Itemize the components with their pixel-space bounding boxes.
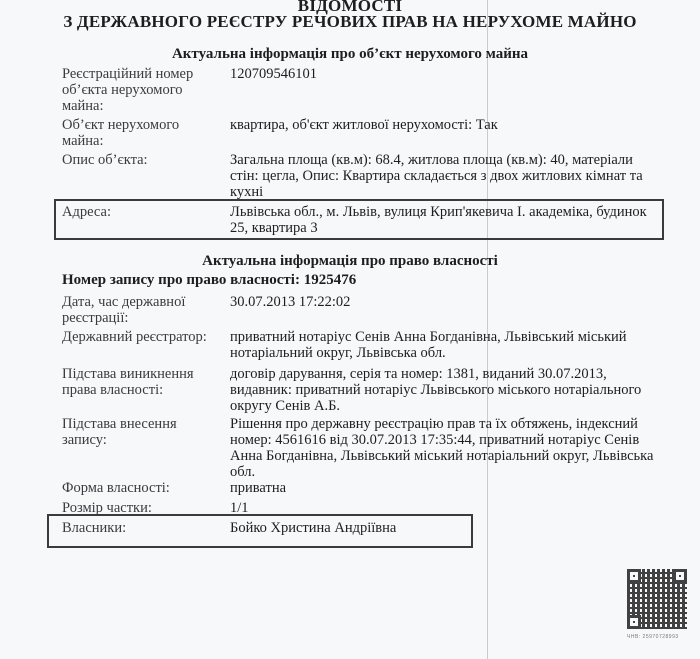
field-label: Об’єкт нерухомого майна:: [62, 117, 222, 149]
ownership-row-owners: Власники: Бойко Христина Андріївна: [62, 520, 662, 538]
field-value: Бойко Христина Андріївна: [230, 520, 660, 536]
field-value: договір дарування, серія та номер: 1381,…: [230, 366, 660, 414]
document-subtitle: З ДЕРЖАВНОГО РЕЄСТРУ РЕЧОВИХ ПРАВ НА НЕР…: [0, 12, 700, 32]
ownership-row-ownership-basis: Підстава виникнення права власності: дог…: [62, 366, 662, 414]
field-label: Дата, час державної реєстрації:: [62, 294, 222, 326]
field-value: приватна: [230, 480, 660, 496]
ownership-record-number: Номер запису про право власності: 192547…: [62, 272, 356, 289]
qr-finder-pattern: [627, 569, 641, 583]
ownership-row-registrar: Державний реєстратор: приватний нотаріус…: [62, 329, 662, 363]
qr-code-icon: [627, 569, 687, 629]
property-section-heading: Актуальна інформація про об’єкт нерухомо…: [0, 46, 700, 63]
property-row-description: Опис об’єкта: Загальна площа (кв.м): 68.…: [62, 152, 662, 200]
field-value: 30.07.2013 17:22:02: [230, 294, 660, 310]
field-value: приватний нотаріус Сенів Анна Богданівна…: [230, 329, 660, 361]
field-label: Державний реєстратор:: [62, 329, 222, 345]
property-row-registration-number: Реєстраційний номер об’єкта нерухомого м…: [62, 66, 662, 116]
field-label: Підстава виникнення права власності:: [62, 366, 222, 398]
property-row-object: Об’єкт нерухомого майна: квартира, об'єк…: [62, 117, 662, 151]
field-value: Рішення про державну реєстрацію прав та …: [230, 416, 660, 480]
property-row-address: Адреса: Львівська обл., м. Львів, вулиця…: [62, 204, 662, 236]
ownership-section-heading: Актуальна інформація про право власності: [0, 253, 700, 270]
ownership-row-registration-date: Дата, час державної реєстрації: 30.07.20…: [62, 294, 662, 328]
qr-finder-pattern: [627, 615, 641, 629]
ownership-row-entry-basis: Підстава внесення запису: Рішення про де…: [62, 416, 662, 480]
field-label: Підстава внесення запису:: [62, 416, 222, 448]
field-value: Загальна площа (кв.м): 68.4, житлова пло…: [230, 152, 660, 200]
field-label: Опис об’єкта:: [62, 152, 222, 168]
field-label: Форма власності:: [62, 480, 222, 496]
field-value: 120709546101: [230, 66, 660, 82]
field-value: квартира, об'єкт житлової нерухомості: Т…: [230, 117, 660, 133]
qr-caption: ЧНВ: 25970728993: [627, 634, 689, 640]
ownership-row-ownership-form: Форма власності: приватна: [62, 480, 662, 498]
field-label: Адреса:: [62, 204, 222, 220]
field-label: Власники:: [62, 520, 222, 536]
field-label: Реєстраційний номер об’єкта нерухомого м…: [62, 66, 222, 114]
field-value: Львівська обл., м. Львів, вулиця Крип'як…: [230, 204, 660, 236]
qr-finder-pattern: [673, 569, 687, 583]
